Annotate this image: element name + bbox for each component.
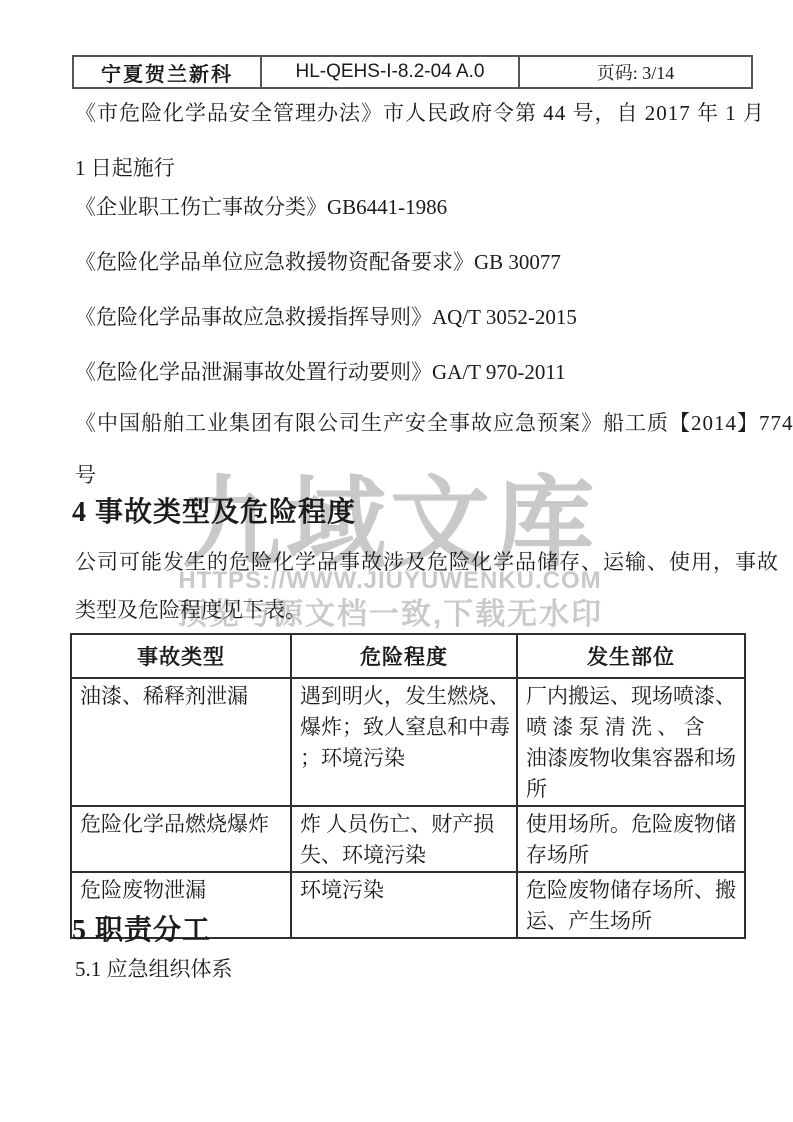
cell-line: 危险废物泄漏 bbox=[80, 875, 284, 906]
text-line: 《市危险化学品安全管理办法》市人民政府令第 44 号，自 2017 年 1 月 bbox=[75, 86, 755, 141]
cell-line: 存场所 bbox=[526, 840, 738, 871]
reference-paragraph: 《危险化学品事故应急救援指挥导则》AQ/T 3052-2015 bbox=[75, 290, 755, 345]
table-cell-type: 危险化学品燃烧爆炸 bbox=[71, 806, 291, 872]
header-page-number: 页码: 3/14 bbox=[520, 57, 751, 87]
text-line: 《危险化学品泄漏事故处置行动要则》GA/T 970-2011 bbox=[75, 345, 755, 400]
cell-line: 遇到明火，发生燃烧、 bbox=[300, 681, 510, 712]
table-cell-type: 油漆、稀释剂泄漏 bbox=[71, 678, 291, 806]
cell-line: ；环境污染 bbox=[300, 743, 510, 774]
reference-paragraph: 《企业职工伤亡事故分类》GB6441-1986 bbox=[75, 180, 755, 235]
text-line: 《危险化学品事故应急救援指挥导则》AQ/T 3052-2015 bbox=[75, 290, 755, 345]
cell-line: 所 bbox=[526, 774, 738, 805]
cell-line: 使用场所。危险废物储 bbox=[526, 809, 738, 840]
table-row: 油漆、稀释剂泄漏 遇到明火，发生燃烧、 爆炸；致人窒息和中毒 ；环境污染 厂内搬… bbox=[71, 678, 745, 806]
reference-paragraph: 《中国船舶工业集团有限公司生产安全事故应急预案》船工质【2014】774 号 bbox=[75, 397, 755, 501]
hazard-type-table: 事故类型 危险程度 发生部位 油漆、稀释剂泄漏 遇到明火，发生燃烧、 爆炸；致人… bbox=[70, 633, 746, 939]
table-header-row: 事故类型 危险程度 发生部位 bbox=[71, 634, 745, 678]
table-cell-location: 使用场所。危险废物储 存场所 bbox=[517, 806, 745, 872]
table-header-occurrence-location: 发生部位 bbox=[517, 634, 745, 678]
table-cell-danger: 炸 人员伤亡、财产损 失、环境污染 bbox=[291, 806, 517, 872]
section-4-heading: 4 事故类型及危险程度 bbox=[72, 490, 356, 530]
document-page: { "header": { "company": "宁夏贺兰新科", "doc_… bbox=[0, 0, 793, 1122]
cell-line: 运、产生场所 bbox=[526, 906, 738, 937]
text-line: 《企业职工伤亡事故分类》GB6441-1986 bbox=[75, 180, 755, 235]
reference-paragraph: 《危险化学品单位应急救援物资配备要求》GB 30077 bbox=[75, 235, 755, 290]
table-cell-danger: 环境污染 bbox=[291, 872, 517, 938]
reference-paragraph: 《危险化学品泄漏事故处置行动要则》GA/T 970-2011 bbox=[75, 345, 755, 400]
cell-line: 爆炸；致人窒息和中毒 bbox=[300, 712, 510, 743]
section-4-intro: 公司可能发生的危险化学品事故涉及危险化学品储存、运输、使用，事故 类型及危险程度… bbox=[75, 538, 755, 634]
text-line: 类型及危险程度见下表。 bbox=[75, 586, 755, 634]
cell-line: 喷 漆 泵 清 洗 、 含 bbox=[526, 712, 738, 743]
cell-line: 危险废物储存场所、搬 bbox=[526, 875, 738, 906]
header-company-name: 宁夏贺兰新科 bbox=[74, 57, 260, 87]
table-cell-danger: 遇到明火，发生燃烧、 爆炸；致人窒息和中毒 ；环境污染 bbox=[291, 678, 517, 806]
header-document-number: HL-QEHS-I-8.2-04 A.0 bbox=[260, 57, 520, 87]
table-header-danger-level: 危险程度 bbox=[291, 634, 517, 678]
text-line: 公司可能发生的危险化学品事故涉及危险化学品储存、运输、使用，事故 bbox=[75, 538, 755, 586]
section-5-1-subheading: 5.1 应急组织体系 bbox=[75, 953, 233, 983]
cell-line: 炸 人员伤亡、财产损 bbox=[300, 809, 510, 840]
table-row: 危险化学品燃烧爆炸 炸 人员伤亡、财产损 失、环境污染 使用场所。危险废物储 存… bbox=[71, 806, 745, 872]
cell-line: 危险化学品燃烧爆炸 bbox=[80, 809, 284, 840]
text-line: 《中国船舶工业集团有限公司生产安全事故应急预案》船工质【2014】774 bbox=[75, 397, 755, 449]
cell-line: 失、环境污染 bbox=[300, 840, 510, 871]
table-cell-location: 危险废物储存场所、搬 运、产生场所 bbox=[517, 872, 745, 938]
table-cell-location: 厂内搬运、现场喷漆、 喷 漆 泵 清 洗 、 含 油漆废物收集容器和场 所 bbox=[517, 678, 745, 806]
cell-line: 厂内搬运、现场喷漆、 bbox=[526, 681, 738, 712]
cell-line: 油漆废物收集容器和场 bbox=[526, 743, 738, 774]
document-header-table: 宁夏贺兰新科 HL-QEHS-I-8.2-04 A.0 页码: 3/14 bbox=[72, 55, 753, 89]
section-5-heading: 5 职责分工 bbox=[72, 908, 211, 948]
text-line: 《危险化学品单位应急救援物资配备要求》GB 30077 bbox=[75, 235, 755, 290]
cell-line: 油漆、稀释剂泄漏 bbox=[80, 681, 284, 712]
table-header-accident-type: 事故类型 bbox=[71, 634, 291, 678]
cell-line: 环境污染 bbox=[300, 875, 510, 906]
